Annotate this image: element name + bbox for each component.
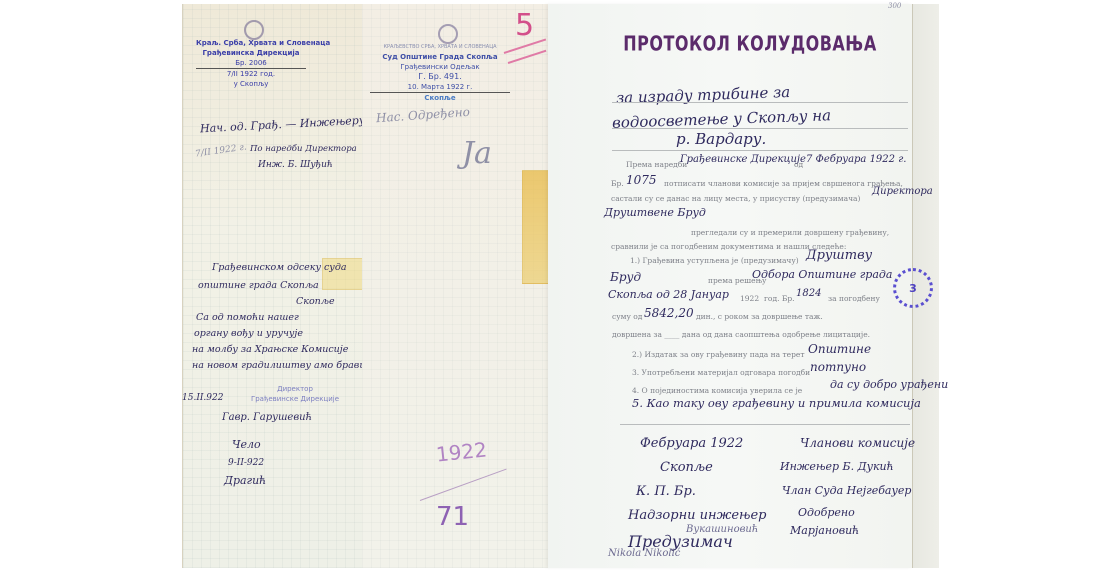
members-label: Чланови комисије xyxy=(800,436,915,450)
receipt-date: 9-II-922 xyxy=(228,458,264,468)
item3-value: потпуно xyxy=(810,360,866,374)
stamp-date: 7/II 1922 год. xyxy=(196,68,306,79)
adhesive-tape-middle xyxy=(522,170,550,284)
signature-kp-number: К. П. Бр. xyxy=(636,484,696,499)
purpose-line-3: р. Вардару. xyxy=(676,130,766,148)
stamp-case-place: Скопље xyxy=(370,93,510,103)
presence-director: Директора xyxy=(872,186,933,197)
decision-number-label: год. Бр. xyxy=(764,294,795,303)
pencil-number: 71 xyxy=(436,502,469,532)
order-number: 1075 xyxy=(626,173,657,187)
line-met: састали су се данас на лицу места, у при… xyxy=(611,194,860,203)
letter-line-3: Скопље xyxy=(296,296,335,307)
item2-label: 2.) Издатак за ову грађевину пада на тер… xyxy=(632,350,804,359)
signature-place: Скопље xyxy=(660,460,713,475)
stamp-case-number: Г. Бр. 491. xyxy=(370,72,510,82)
left-date: 15.II.922 xyxy=(182,393,223,403)
rule-2 xyxy=(612,128,908,129)
rule-1 xyxy=(612,102,908,103)
signature-date: Фебруара 1922 xyxy=(640,436,743,451)
sum-amount: 5842,20 xyxy=(644,306,694,320)
seal-emblem-left xyxy=(244,20,264,40)
receipt-note: Чело xyxy=(232,438,261,451)
decision-place: Скопља од 28 Јануар xyxy=(608,288,729,301)
line-signed: потписати чланови комисије за пријем свр… xyxy=(664,179,903,188)
order-prefix: Према наредби xyxy=(626,160,687,169)
days-line: довршена за ____ дана од дана саопштења … xyxy=(612,330,870,339)
stamp-court: Суд Општине Града Скопља xyxy=(370,52,510,62)
note-signature: Инж. Б. Шуђић xyxy=(258,160,333,170)
decision-body: Одбора Општине града xyxy=(752,268,892,281)
red-page-number: 5 xyxy=(515,8,534,43)
item3-label: 3. Употребљени материјал одговара погодб… xyxy=(632,368,810,377)
letter-line-4: Са од помоћи нашег xyxy=(196,312,299,323)
approved-label: Одобрено xyxy=(798,506,855,519)
sum-prefix: суму од xyxy=(612,312,642,321)
note-by-order: По наредби Директора xyxy=(250,144,357,154)
decision-year: 1922 xyxy=(740,294,759,303)
order-date: 7 Фебруара 1922 г. xyxy=(806,154,906,165)
item4-label: 4. О појединостима комисија уверила се ј… xyxy=(632,386,802,395)
contractor-signature: Nikola Nikolić xyxy=(608,548,680,559)
member-1-signature: Инжењер Б. Дукић xyxy=(780,460,894,473)
stamp-number: Бр. 2006 xyxy=(196,58,306,68)
receipt-signature: Драгић xyxy=(224,474,266,487)
approved-signature: Марјановић xyxy=(790,524,859,537)
round-seal-stamp: 3 xyxy=(893,268,933,308)
chief-engineer-label: Надзорни инжењер xyxy=(628,508,766,523)
seal-number: 3 xyxy=(909,282,917,295)
stamp-line-2: Грађевинска Дирекција xyxy=(196,48,306,58)
stamp-case-date: 10. Марта 1922 г. xyxy=(370,82,510,93)
stamp-kingdom: КРАЉЕВСТВО СРБА, ХРВАТА И СЛОВЕНАЦА xyxy=(370,42,510,52)
order-number-label: Бр. xyxy=(611,179,624,188)
director-stamp: Директор Грађевинске Дирекције xyxy=(220,384,370,404)
decision-number: 1824 xyxy=(796,288,821,299)
director-title: Директор xyxy=(220,384,370,394)
seal-emblem-middle xyxy=(438,24,458,44)
letter-line-7: на новом градилиштву амо брави. xyxy=(192,360,368,371)
registry-stamp-middle: КРАЉЕВСТВО СРБА, ХРВАТА И СЛОВЕНАЦА Суд … xyxy=(370,42,510,103)
corner-note: 300 xyxy=(888,2,901,10)
member-2-signature: Члан Суда Нејгебауер xyxy=(782,484,911,497)
contractor-name: Друштву xyxy=(806,248,872,263)
rule-3 xyxy=(612,150,908,151)
item2-value: Општине xyxy=(808,342,871,356)
order-from: од xyxy=(794,160,803,169)
contractor-name-2: Бруд xyxy=(610,270,641,284)
order-issuer: Грађевинске Дирекције xyxy=(680,154,806,165)
item5-value: 5. Као таку ову грађевину и примила коми… xyxy=(632,396,921,410)
letter-line-2: општине града Скопља xyxy=(198,280,319,291)
protocol-title: ПРОТОКОЛ КОЛУДОВАЊА xyxy=(620,32,880,56)
letter-line-6: на молбу за Храњске Комисије xyxy=(192,344,348,355)
sum-suffix: дин., с роком за довршење таж. xyxy=(696,312,823,321)
item4-value: да су добро урађени xyxy=(830,378,948,391)
middle-paraph: Ја xyxy=(462,136,492,171)
presence-company: Друштвене Бруд xyxy=(604,206,706,219)
letter-line-5: органу вођу и уручује xyxy=(194,328,303,339)
item1-prefix: 1.) Грађевина уступљена је (предузимачу) xyxy=(630,256,799,265)
stamp-line-1: Краљ. Срба, Хрвата и Словенаца xyxy=(196,38,306,48)
stamp-place: у Скопљу xyxy=(196,79,306,89)
stamp-department: Грађевински Одељак xyxy=(370,62,510,72)
item1-tail: за погодбену xyxy=(828,294,880,303)
rule-sig xyxy=(620,424,910,425)
director-signature: Гавр. Гарушевић xyxy=(222,412,312,423)
director-office: Грађевинске Дирекције xyxy=(220,394,370,404)
letter-line-1: Грађевинском одсеку суда xyxy=(212,262,347,273)
registry-stamp-left: Краљ. Срба, Хрвата и Словенаца Грађевинс… xyxy=(196,38,306,89)
